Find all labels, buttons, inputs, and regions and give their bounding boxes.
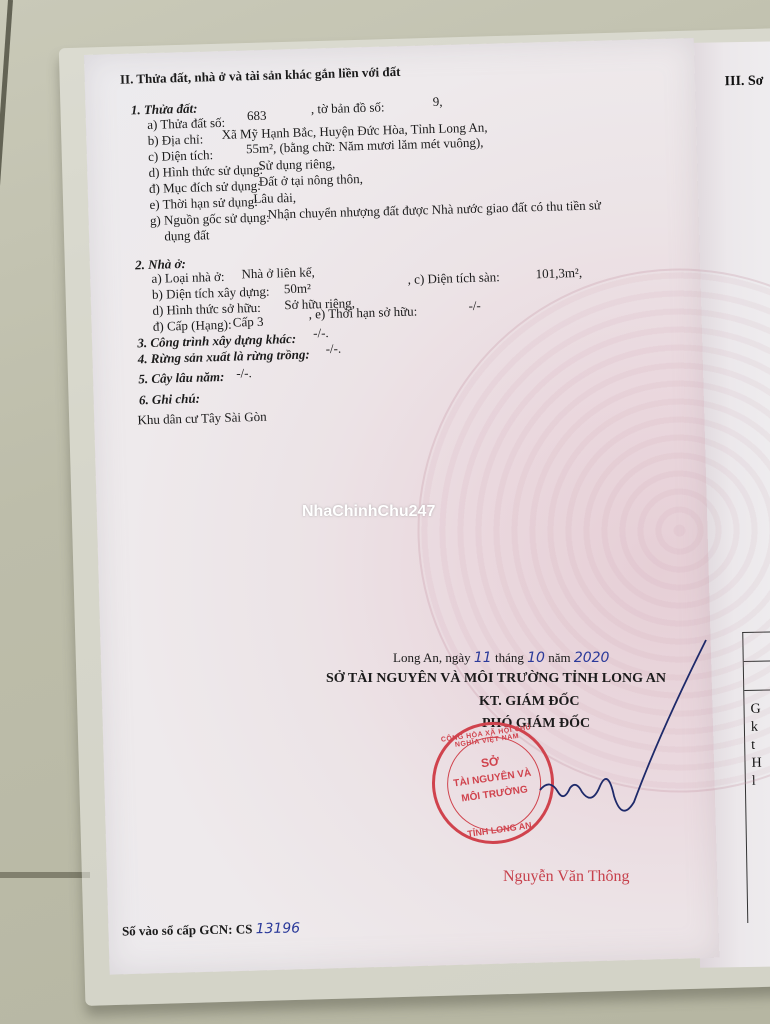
handwritten-registry-number: 13196: [255, 920, 300, 937]
signer-name: Nguyễn Văn Thông: [503, 868, 630, 886]
registry-number: Số vào sổ cấp GCN: CS 13196: [122, 920, 300, 939]
handwritten-signature: [0, 0, 770, 1024]
